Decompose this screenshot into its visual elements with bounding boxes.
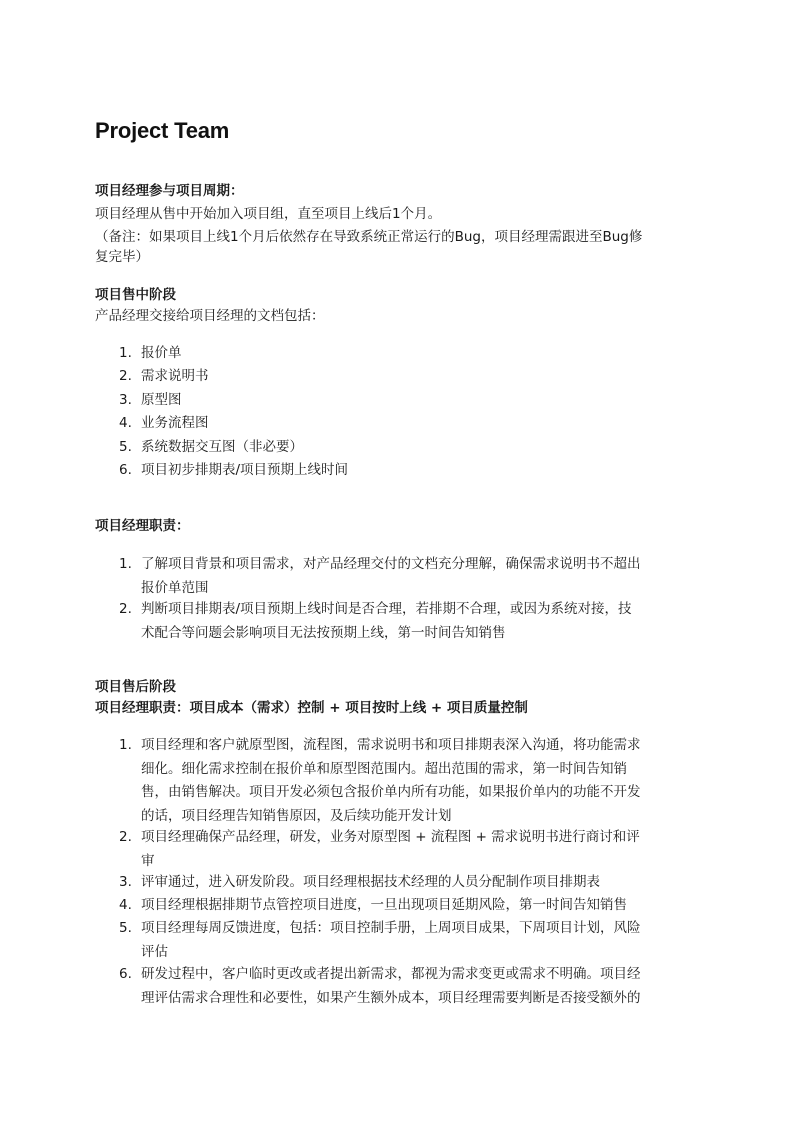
- list-text: 项目经理根据排期节点管控项目进度，一旦出现项目延期风险，第一时间告知销售: [141, 894, 699, 918]
- list-item: 2. 项目经理确保产品经理，研发，业务对原型图 + 流程图 + 需求说明书进行商…: [119, 826, 699, 873]
- list-text: 判断项目排期表/项目预期上线时间是否合理，若排期不合理，或因为系统对接，技: [141, 598, 699, 622]
- section-heading-aftersale: 项目售后阶段: [95, 676, 176, 699]
- paragraph: （备注：如果项目上线1个月后依然存在导致系统正常运行的Bug，项目经理需跟进至B…: [95, 226, 642, 249]
- list-text: 报价单: [141, 342, 699, 366]
- list-number: 4.: [119, 894, 139, 918]
- list-item: 4.业务流程图: [119, 412, 699, 436]
- list-item: 6. 研发过程中，客户临时更改或者提出新需求，都视为需求变更或需求不明确。项目经…: [119, 963, 699, 1010]
- list-text: 业务流程图: [141, 412, 699, 436]
- paragraph: 复完毕）: [95, 246, 149, 269]
- list-item: 3. 评审通过，进入研发阶段。项目经理根据技术经理的人员分配制作项目排期表: [119, 871, 699, 895]
- section-heading-presale: 项目售中阶段: [95, 284, 176, 307]
- list-item: 2. 判断项目排期表/项目预期上线时间是否合理，若排期不合理，或因为系统对接，技…: [119, 598, 699, 645]
- list-text: 理评估需求合理性和必要性，如果产生额外成本，项目经理需要判断是否接受额外的: [141, 987, 699, 1011]
- list-item: 1.报价单: [119, 342, 699, 366]
- list-text: 评估: [141, 941, 699, 965]
- list-text: 项目初步排期表/项目预期上线时间: [141, 459, 699, 483]
- list-number: 2.: [119, 826, 139, 850]
- list-item: 1. 项目经理和客户就原型图，流程图，需求说明书和项目排期表深入沟通，将功能需求…: [119, 734, 699, 828]
- list-text: 项目经理确保产品经理，研发，业务对原型图 + 流程图 + 需求说明书进行商讨和评: [141, 826, 699, 850]
- list-item: 1. 了解项目背景和项目需求，对产品经理交付的文档充分理解，确保需求说明书不超出…: [119, 553, 699, 600]
- list-item: 5.系统数据交互图（非必要）: [119, 436, 699, 460]
- list-number: 2.: [119, 365, 139, 389]
- list-text: 原型图: [141, 389, 699, 413]
- list-number: 2.: [119, 598, 139, 622]
- list-text: 项目经理和客户就原型图，流程图，需求说明书和项目排期表深入沟通，将功能需求: [141, 734, 699, 758]
- section-subheading: 项目经理职责：项目成本（需求）控制 + 项目按时上线 + 项目质量控制: [95, 697, 528, 720]
- list-item: 6.项目初步排期表/项目预期上线时间: [119, 459, 699, 483]
- list-item: 2.需求说明书: [119, 365, 699, 389]
- page-title: Project Team: [95, 118, 229, 144]
- list-number: 3.: [119, 871, 139, 895]
- list-number: 1.: [119, 342, 139, 366]
- list-number: 6.: [119, 963, 139, 987]
- list-text: 项目经理每周反馈进度，包括：项目控制手册，上周项目成果，下周项目计划，风险: [141, 917, 699, 941]
- list-text: 售，由销售解决。项目开发必须包含报价单内所有功能，如果报价单内的功能不开发: [141, 781, 699, 805]
- list-number: 3.: [119, 389, 139, 413]
- list-number: 4.: [119, 412, 139, 436]
- section-heading-cycle: 项目经理参与项目周期：: [95, 180, 244, 203]
- list-item: 4. 项目经理根据排期节点管控项目进度，一旦出现项目延期风险，第一时间告知销售: [119, 894, 699, 918]
- list-item: 3.原型图: [119, 389, 699, 413]
- paragraph: 项目经理从售中开始加入项目组，直至项目上线后1个月。: [95, 203, 441, 226]
- list-number: 1.: [119, 553, 139, 577]
- list-number: 1.: [119, 734, 139, 758]
- list-number: 5.: [119, 917, 139, 941]
- paragraph: 产品经理交接给项目经理的文档包括：: [95, 305, 325, 328]
- list-text: 评审通过，进入研发阶段。项目经理根据技术经理的人员分配制作项目排期表: [141, 871, 699, 895]
- list-text: 审: [141, 850, 699, 874]
- list-text: 需求说明书: [141, 365, 699, 389]
- list-text: 报价单范围: [141, 577, 699, 601]
- list-item: 5. 项目经理每周反馈进度，包括：项目控制手册，上周项目成果，下周项目计划，风险…: [119, 917, 699, 964]
- section-heading-duties: 项目经理职责：: [95, 515, 190, 538]
- list-text: 研发过程中，客户临时更改或者提出新需求，都视为需求变更或需求不明确。项目经: [141, 963, 699, 987]
- list-text: 细化。细化需求控制在报价单和原型图范围内。超出范围的需求，第一时间告知销: [141, 758, 699, 782]
- list-number: 6.: [119, 459, 139, 483]
- list-text: 系统数据交互图（非必要）: [141, 436, 699, 460]
- list-text: 的话，项目经理告知销售原因，及后续功能开发计划: [141, 805, 699, 829]
- list-text: 了解项目背景和项目需求，对产品经理交付的文档充分理解，确保需求说明书不超出: [141, 553, 699, 577]
- list-number: 5.: [119, 436, 139, 460]
- list-text: 术配合等问题会影响项目无法按预期上线，第一时间告知销售: [141, 622, 699, 646]
